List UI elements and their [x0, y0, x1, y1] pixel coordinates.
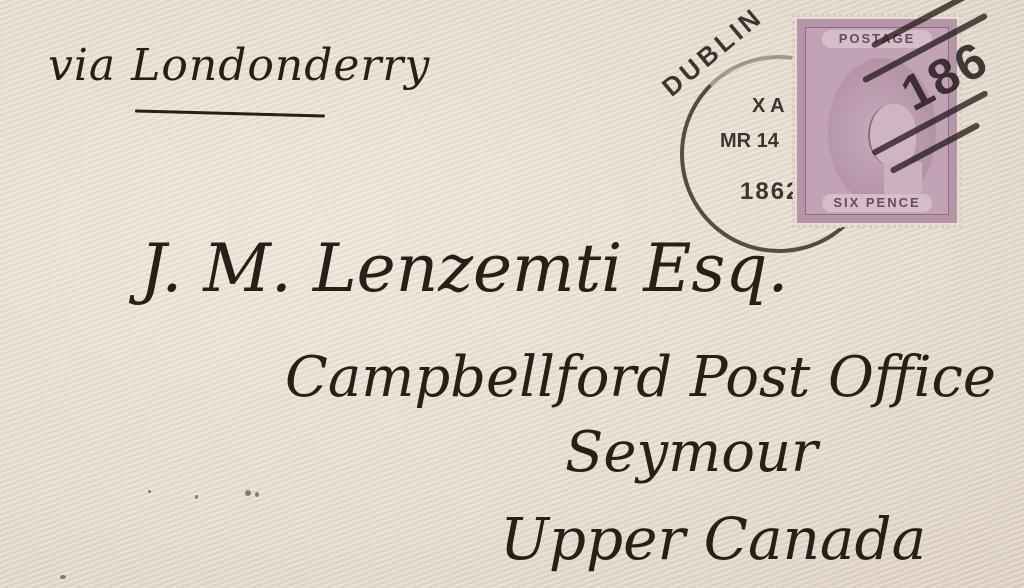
- route-underline: [135, 110, 325, 118]
- ink-speck: [195, 495, 198, 499]
- postmark-code: X A: [752, 95, 785, 118]
- ink-speck: [255, 492, 259, 497]
- addressee-name: J. M. Lenzemti Esq.: [140, 230, 789, 307]
- address-line-province: Upper Canada: [500, 505, 926, 573]
- envelope: via Londonderry J. M. Lenzemti Esq. Camp…: [0, 0, 1024, 588]
- stamp-bottom-label: SIX PENCE: [822, 194, 932, 212]
- cancel-bar: [889, 122, 980, 174]
- ink-speck: [148, 490, 151, 493]
- cancel-number: 186: [892, 29, 998, 122]
- address-line-township: Seymour: [565, 420, 818, 485]
- numeral-cancellation: 186: [855, 5, 1005, 175]
- address-line-post-office: Campbellford Post Office: [285, 345, 996, 410]
- postmark-year: 1862: [740, 178, 801, 206]
- ink-speck: [60, 575, 66, 579]
- ink-speck: [245, 490, 251, 496]
- postmark-date: MR 14: [720, 130, 779, 153]
- route-note: via Londonderry: [48, 40, 430, 91]
